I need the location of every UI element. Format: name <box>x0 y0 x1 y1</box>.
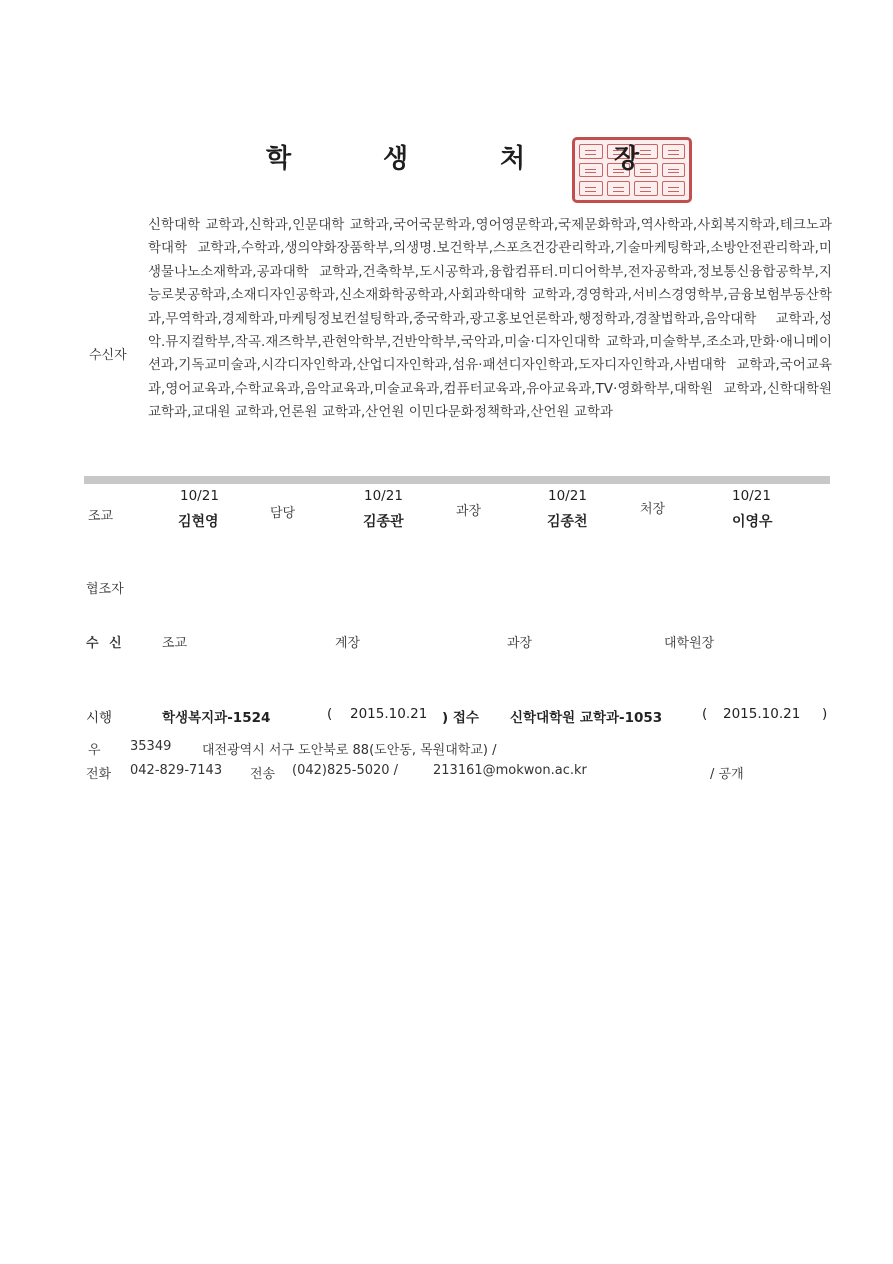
approval-role: 담당 <box>270 502 295 521</box>
document-number: 학생복지과-1524 <box>162 706 270 726</box>
document-title: 학 생 처 <box>0 138 893 178</box>
receipt-label: ) 접수 <box>442 706 479 726</box>
title-char: 학 <box>266 138 291 175</box>
approval-name: 김현영 <box>178 511 219 531</box>
fax-number: (042)825-5020 / <box>292 763 398 778</box>
disclosure-status: / 공개 <box>710 763 744 782</box>
execution-label: 시행 <box>86 706 112 726</box>
receipt-date: 2015.10.21 <box>723 706 800 722</box>
paren-open: ( <box>702 706 707 722</box>
receiving-role: 계장 <box>335 632 360 651</box>
section-divider <box>84 476 830 484</box>
recipients-list: 신학대학 교학과,신학과,인문대학 교학과,국어국문학과,영어영문학과,국제문화… <box>148 214 832 425</box>
title-char: 장 <box>614 138 639 175</box>
approval-date: 10/21 <box>364 488 403 504</box>
receiving-label: 수 신 <box>86 632 122 651</box>
receiving-role: 조교 <box>162 632 187 651</box>
approval-name: 김종관 <box>363 511 404 531</box>
execution-date: 2015.10.21 <box>350 706 427 722</box>
fax-label: 전송 <box>250 763 275 782</box>
email-address[interactable]: 213161@mokwon.ac.kr <box>433 763 587 778</box>
phone-number: 042-829-7143 <box>130 763 222 778</box>
paren-close: ) <box>822 706 827 722</box>
approval-role: 처장 <box>640 498 665 517</box>
approval-role: 과장 <box>456 500 481 519</box>
approval-name: 김종천 <box>547 511 588 531</box>
receiving-role: 과장 <box>507 632 532 651</box>
approval-date: 10/21 <box>732 488 771 504</box>
phone-label: 전화 <box>86 763 111 782</box>
receiving-role: 대학원장 <box>664 632 714 651</box>
receipt-number: 신학대학원 교학과-1053 <box>510 706 662 726</box>
recipients-label: 수신자 <box>89 344 127 363</box>
street-address: 대전광역시 서구 도안북로 88(도안동, 목원대학교) / <box>202 739 496 758</box>
paren-open: ( <box>327 706 332 722</box>
approval-name: 이영우 <box>732 511 773 531</box>
postal-code: 35349 <box>130 739 171 754</box>
title-char: 처 <box>500 138 525 175</box>
cooperator-label: 협조자 <box>86 578 124 597</box>
approval-date: 10/21 <box>548 488 587 504</box>
title-char: 생 <box>383 138 408 175</box>
approval-line: 조교 10/21 김현영 담당 10/21 김종관 과장 10/21 김종천 처… <box>0 486 893 536</box>
approval-role: 조교 <box>88 505 113 524</box>
approval-date: 10/21 <box>180 488 219 504</box>
postal-label: 우 <box>88 739 101 758</box>
